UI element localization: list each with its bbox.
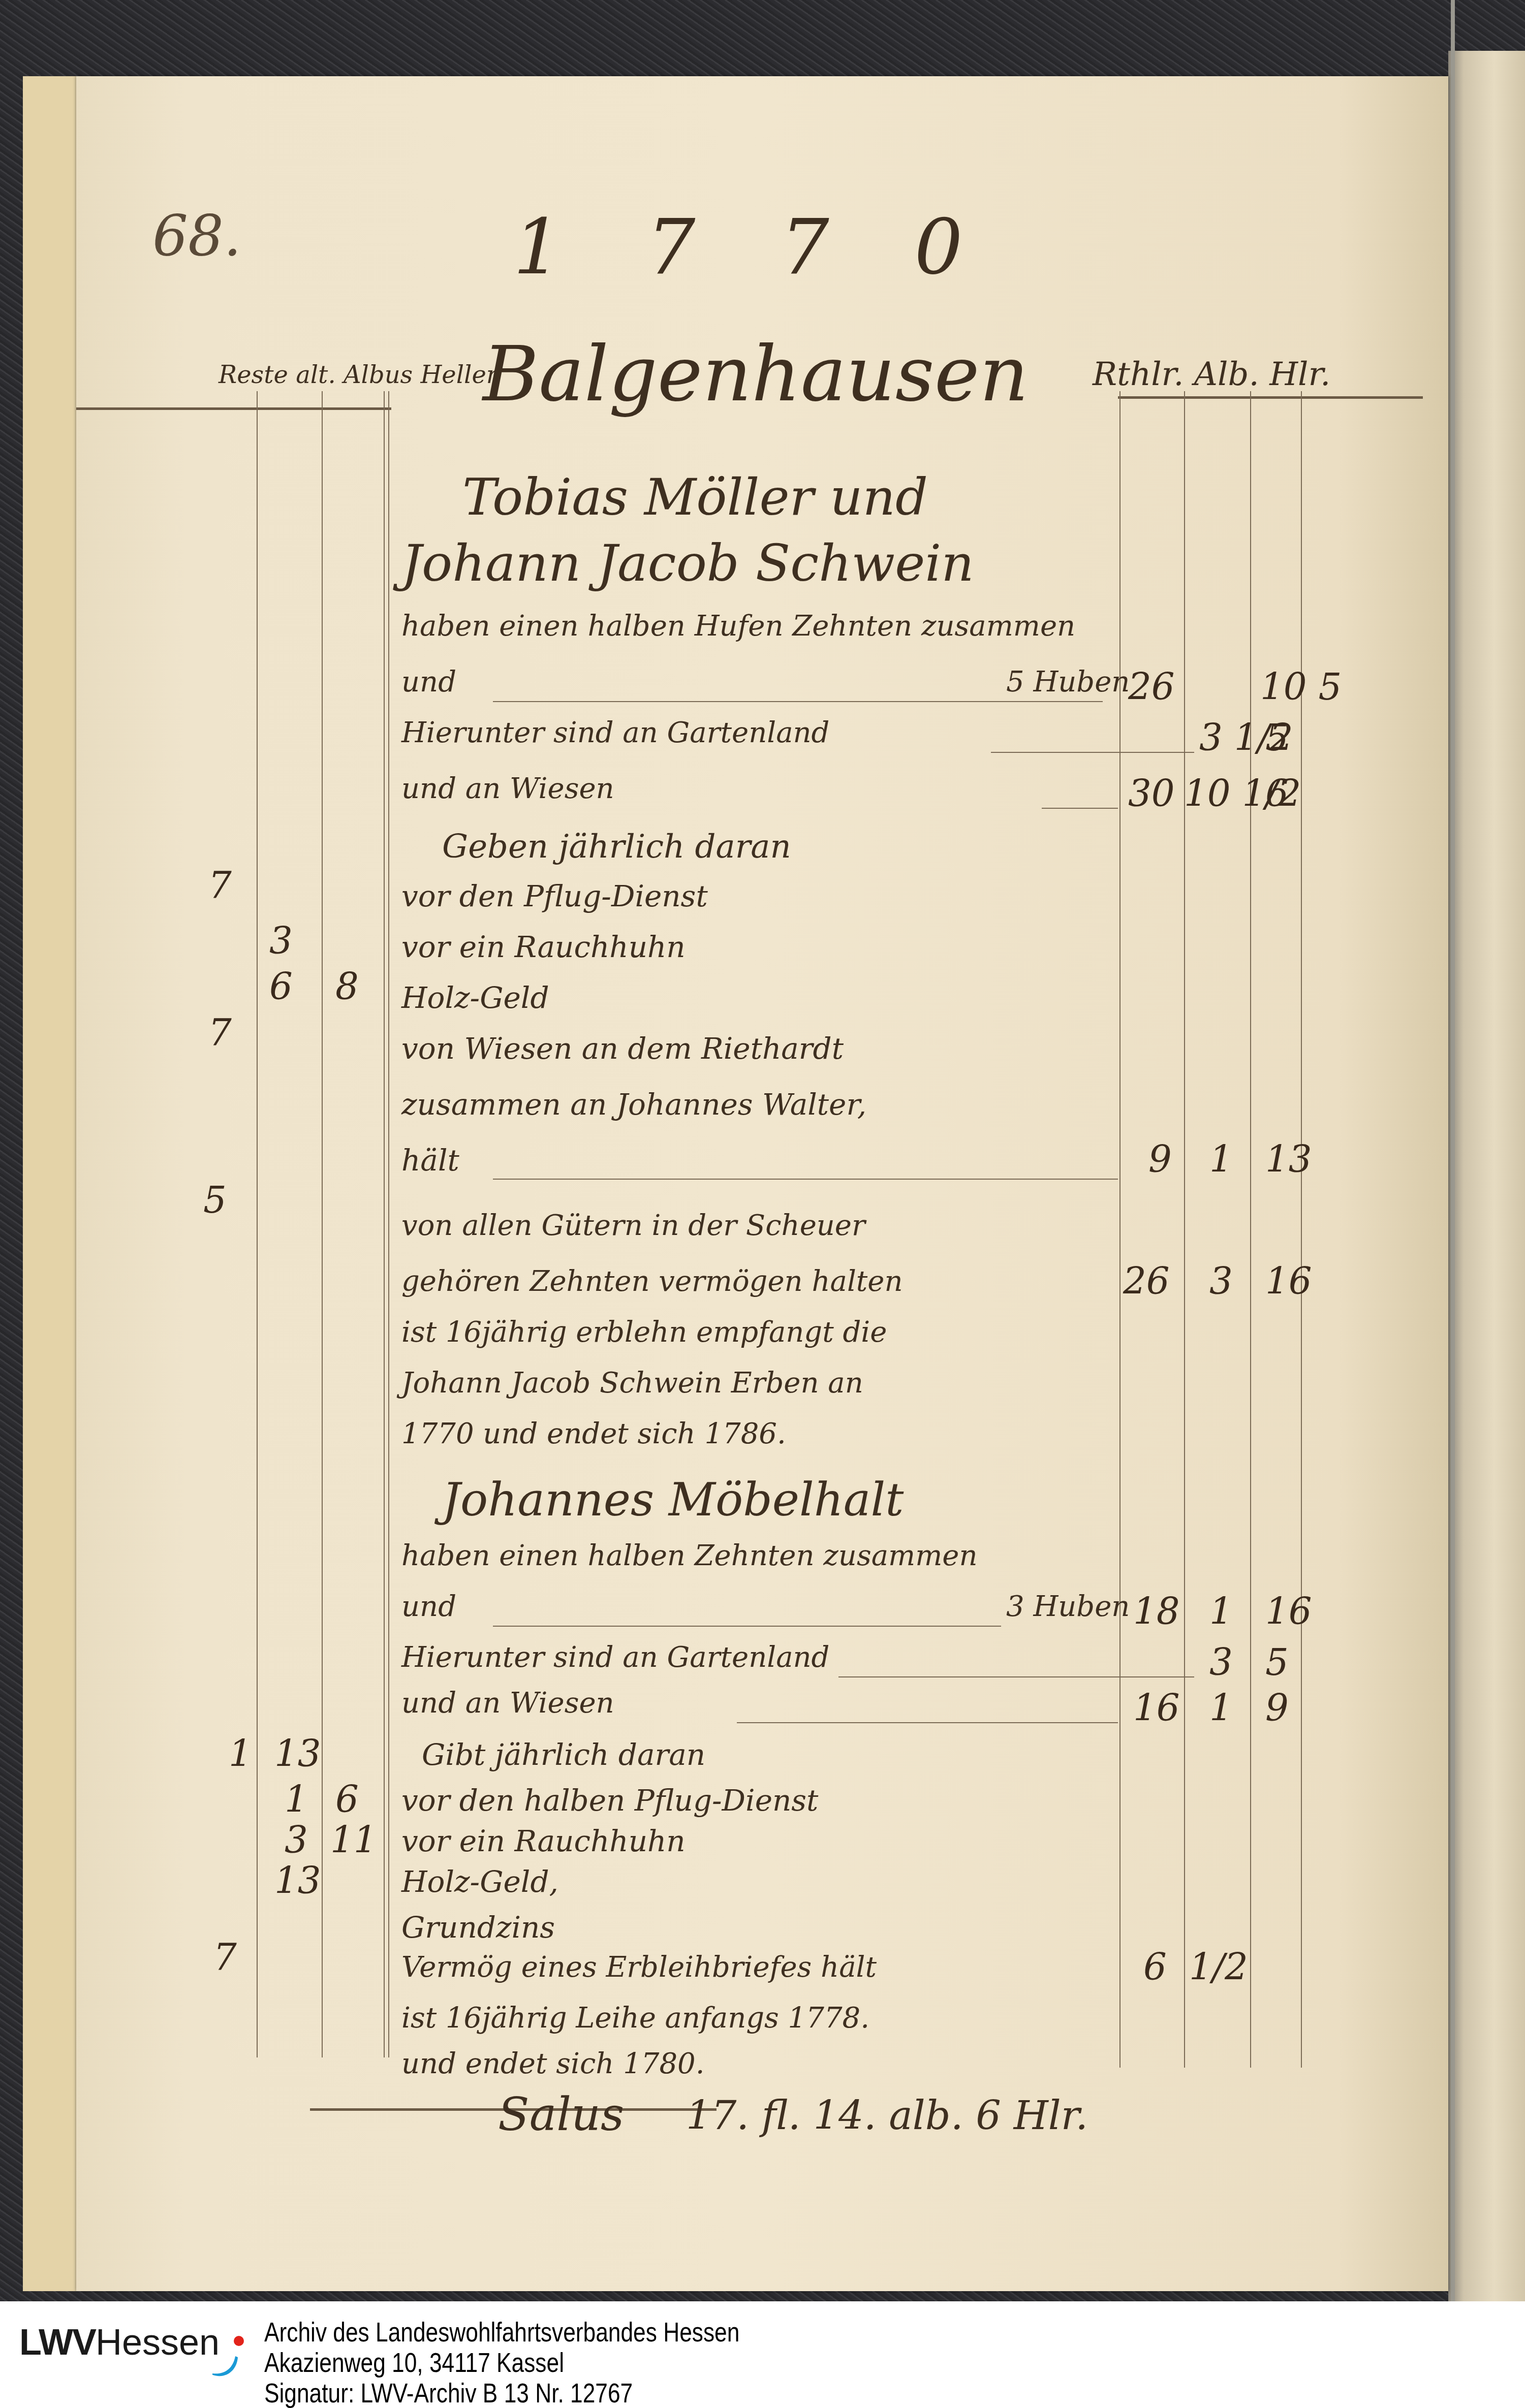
entry2-note: 3 Huben	[1006, 1590, 1130, 1623]
entry2-amount-alb: 1	[1209, 1687, 1233, 1729]
entry1-amount-rthlr: 30	[1128, 772, 1175, 815]
entry1-line: und	[401, 666, 456, 699]
entry1-amount-hlr: 10 5	[1260, 666, 1342, 708]
dash-rule	[493, 701, 1103, 702]
logo-swoosh-icon	[212, 2322, 253, 2383]
entry1-line: Johann Jacob Schwein Erben an	[401, 1367, 863, 1400]
left-amount-alb: 7	[208, 1011, 232, 1054]
entry2-line: vor den halben Pflug-Dienst	[401, 1783, 818, 1818]
left-amount-extra: 11	[330, 1819, 377, 1861]
entry2-line: und	[401, 1590, 456, 1623]
entry2-amount-alb: 1/2	[1189, 1946, 1248, 1988]
entry1-note: 5 Huben	[1006, 666, 1130, 699]
right-col-line-1	[1119, 391, 1121, 2068]
entry2-line: und endet sich 1780.	[401, 2047, 704, 2080]
entry1-line: gehören Zehnten vermögen halten	[401, 1265, 903, 1298]
entry2-line: ist 16jährig Leihe anfangs 1778.	[401, 2002, 869, 2035]
entry2-amount-alb: 1	[1209, 1590, 1233, 1633]
page-number: 68.	[152, 203, 241, 268]
dash-rule	[737, 1722, 1118, 1723]
entry1-amount-hlr: 16	[1265, 1260, 1312, 1303]
entry1-amount-rthlr: 9	[1148, 1138, 1172, 1181]
entry1-amount-rthlr: 26	[1123, 1260, 1170, 1303]
book-spine-line	[1451, 0, 1455, 2301]
entry1-name: Tobias Möller und	[462, 467, 928, 527]
entry2-amount-hlr: 5	[1265, 1641, 1289, 1684]
entry2-line: und an Wiesen	[401, 1687, 614, 1720]
entry1-name-line2: Johann Jacob Schwein	[401, 533, 974, 593]
archive-signature: Signatur: LWV-Archiv B 13 Nr. 12767	[264, 2378, 633, 2408]
left-amount-alb: 7	[213, 1936, 237, 1978]
entry1-amount-alb: 3	[1209, 1260, 1233, 1303]
entry2-line: haben einen halben Zehnten zusammen	[401, 1539, 977, 1572]
left-amount-alb: 5	[203, 1179, 227, 1221]
left-column-header: Reste alt. Albus Heller	[219, 361, 498, 389]
dash-rule	[493, 1179, 1118, 1180]
facing-page-edge	[1448, 51, 1525, 2301]
entry1-line: vor ein Rauchhuhn	[401, 930, 686, 964]
left-amount-hlr: 13	[274, 1859, 321, 1902]
entry1-line: Geben jährlich daran	[442, 828, 791, 866]
left-amount-hlr: 6	[269, 965, 293, 1008]
right-header-rule	[1118, 396, 1423, 399]
right-col-line-3	[1250, 391, 1251, 2068]
left-col-line-4	[388, 391, 389, 2057]
entry1-line: zusammen an Johannes Walter,	[401, 1087, 866, 1122]
left-amount-hlr: 3	[285, 1819, 308, 1861]
entry2-amount-rthlr: 18	[1133, 1590, 1180, 1633]
archive-name: Archiv des Landeswohlfahrtsverbandes Hes…	[264, 2317, 739, 2348]
left-amount-alb: 1	[229, 1732, 252, 1775]
dash-rule	[991, 752, 1194, 753]
right-col-line-4	[1301, 391, 1302, 2068]
lwv-hessen-logo: LWVHessen	[19, 2322, 243, 2383]
left-col-line-1	[257, 391, 258, 2057]
entry2-amount-rthlr: 6	[1143, 1946, 1167, 1988]
entry1-line: hält	[401, 1143, 459, 1178]
dash-rule	[1042, 808, 1118, 809]
entry1-amount-hlr: 13	[1265, 1138, 1312, 1181]
left-amount-extra: 8	[335, 965, 359, 1008]
left-amount-hlr: 13	[274, 1732, 321, 1775]
place-heading: Balgenhausen	[483, 330, 1029, 419]
manuscript-page: 68. 1 7 7 0 Balgenhausen Reste alt. Albu…	[76, 76, 1448, 2291]
left-col-line-3	[384, 391, 385, 2057]
entry2-line: Gibt jährlich daran	[422, 1737, 705, 1772]
entry2-line: Grundzins	[401, 1910, 555, 1945]
entry1-line: vor den Pflug-Dienst	[401, 879, 708, 913]
entry2-amount-hlr: 16	[1265, 1590, 1312, 1633]
right-col-line-2	[1184, 391, 1185, 2068]
entry2-line: Holz-Geld,	[401, 1864, 558, 1899]
entry1-line: 1770 und endet sich 1786.	[401, 1417, 786, 1450]
entry1-amount-hlr: 6	[1265, 772, 1289, 815]
left-col-line-2	[322, 391, 323, 2057]
entry1-line: von Wiesen an dem Riethardt	[401, 1031, 844, 1066]
entry1-line: ist 16jährig erblehn empfangt die	[401, 1316, 887, 1349]
logo-hessen-text: Hessen	[96, 2322, 220, 2363]
entry1-amount-alb: 1	[1209, 1138, 1233, 1181]
left-amount-hlr: 1	[285, 1778, 308, 1821]
entry2-line: Vermög eines Erbleihbriefes hält	[401, 1951, 877, 1984]
entry2-line: vor ein Rauchhuhn	[401, 1824, 686, 1858]
entry1-line: Holz-Geld	[401, 980, 549, 1015]
entry1-amount-rthlr: 26	[1128, 666, 1175, 708]
entry2-amount-alb: 3	[1209, 1641, 1233, 1684]
entry1-line: und an Wiesen	[401, 772, 614, 805]
logo-lwv-text: LWV	[19, 2322, 96, 2363]
entry2-name: Johannes Möbelhalt	[442, 1473, 904, 1527]
left-amount-alb: 7	[208, 864, 232, 906]
left-header-rule	[76, 407, 391, 410]
dash-rule	[838, 1676, 1194, 1677]
salus-label: Salus	[498, 2088, 624, 2141]
entry1-amount-hlr: 5	[1265, 716, 1289, 759]
entry1-line: Hierunter sind an Gartenland	[401, 716, 829, 749]
entry2-amount-rthlr: 16	[1133, 1687, 1180, 1729]
entry1-line: von allen Gütern in der Scheuer	[401, 1209, 865, 1242]
entry2-line: Hierunter sind an Gartenland	[401, 1641, 829, 1674]
left-amount-hlr: 3	[269, 920, 293, 962]
right-column-header: Rthlr. Alb. Hlr.	[1093, 356, 1330, 393]
left-amount-extra: 6	[335, 1778, 359, 1821]
dash-rule	[493, 1626, 1001, 1627]
page-binding-edge	[23, 76, 81, 2291]
entry1-line: haben einen halben Hufen Zehnten zusamme…	[401, 610, 1075, 643]
salus-value: 17. fl. 14. alb. 6 Hlr.	[686, 2093, 1088, 2139]
year-heading: 1 7 7 0	[513, 203, 993, 292]
entry2-amount-hlr: 9	[1265, 1687, 1289, 1729]
archive-address: Akazienweg 10, 34117 Kassel	[264, 2347, 564, 2379]
